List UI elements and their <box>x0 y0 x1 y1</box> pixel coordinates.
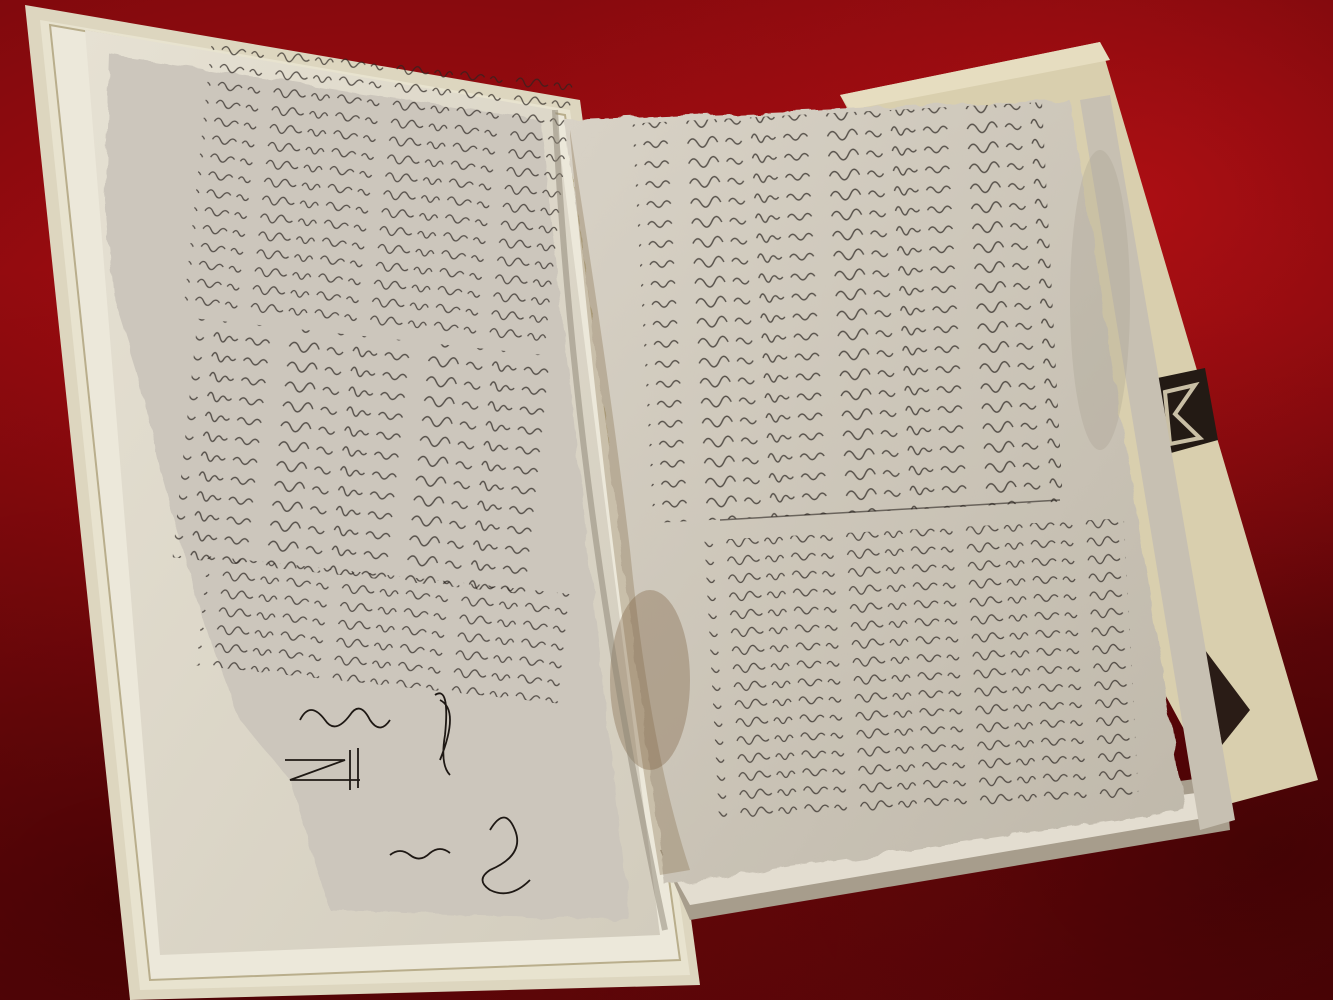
manuscript-photo <box>0 0 1333 1000</box>
right-page <box>565 99 1185 885</box>
